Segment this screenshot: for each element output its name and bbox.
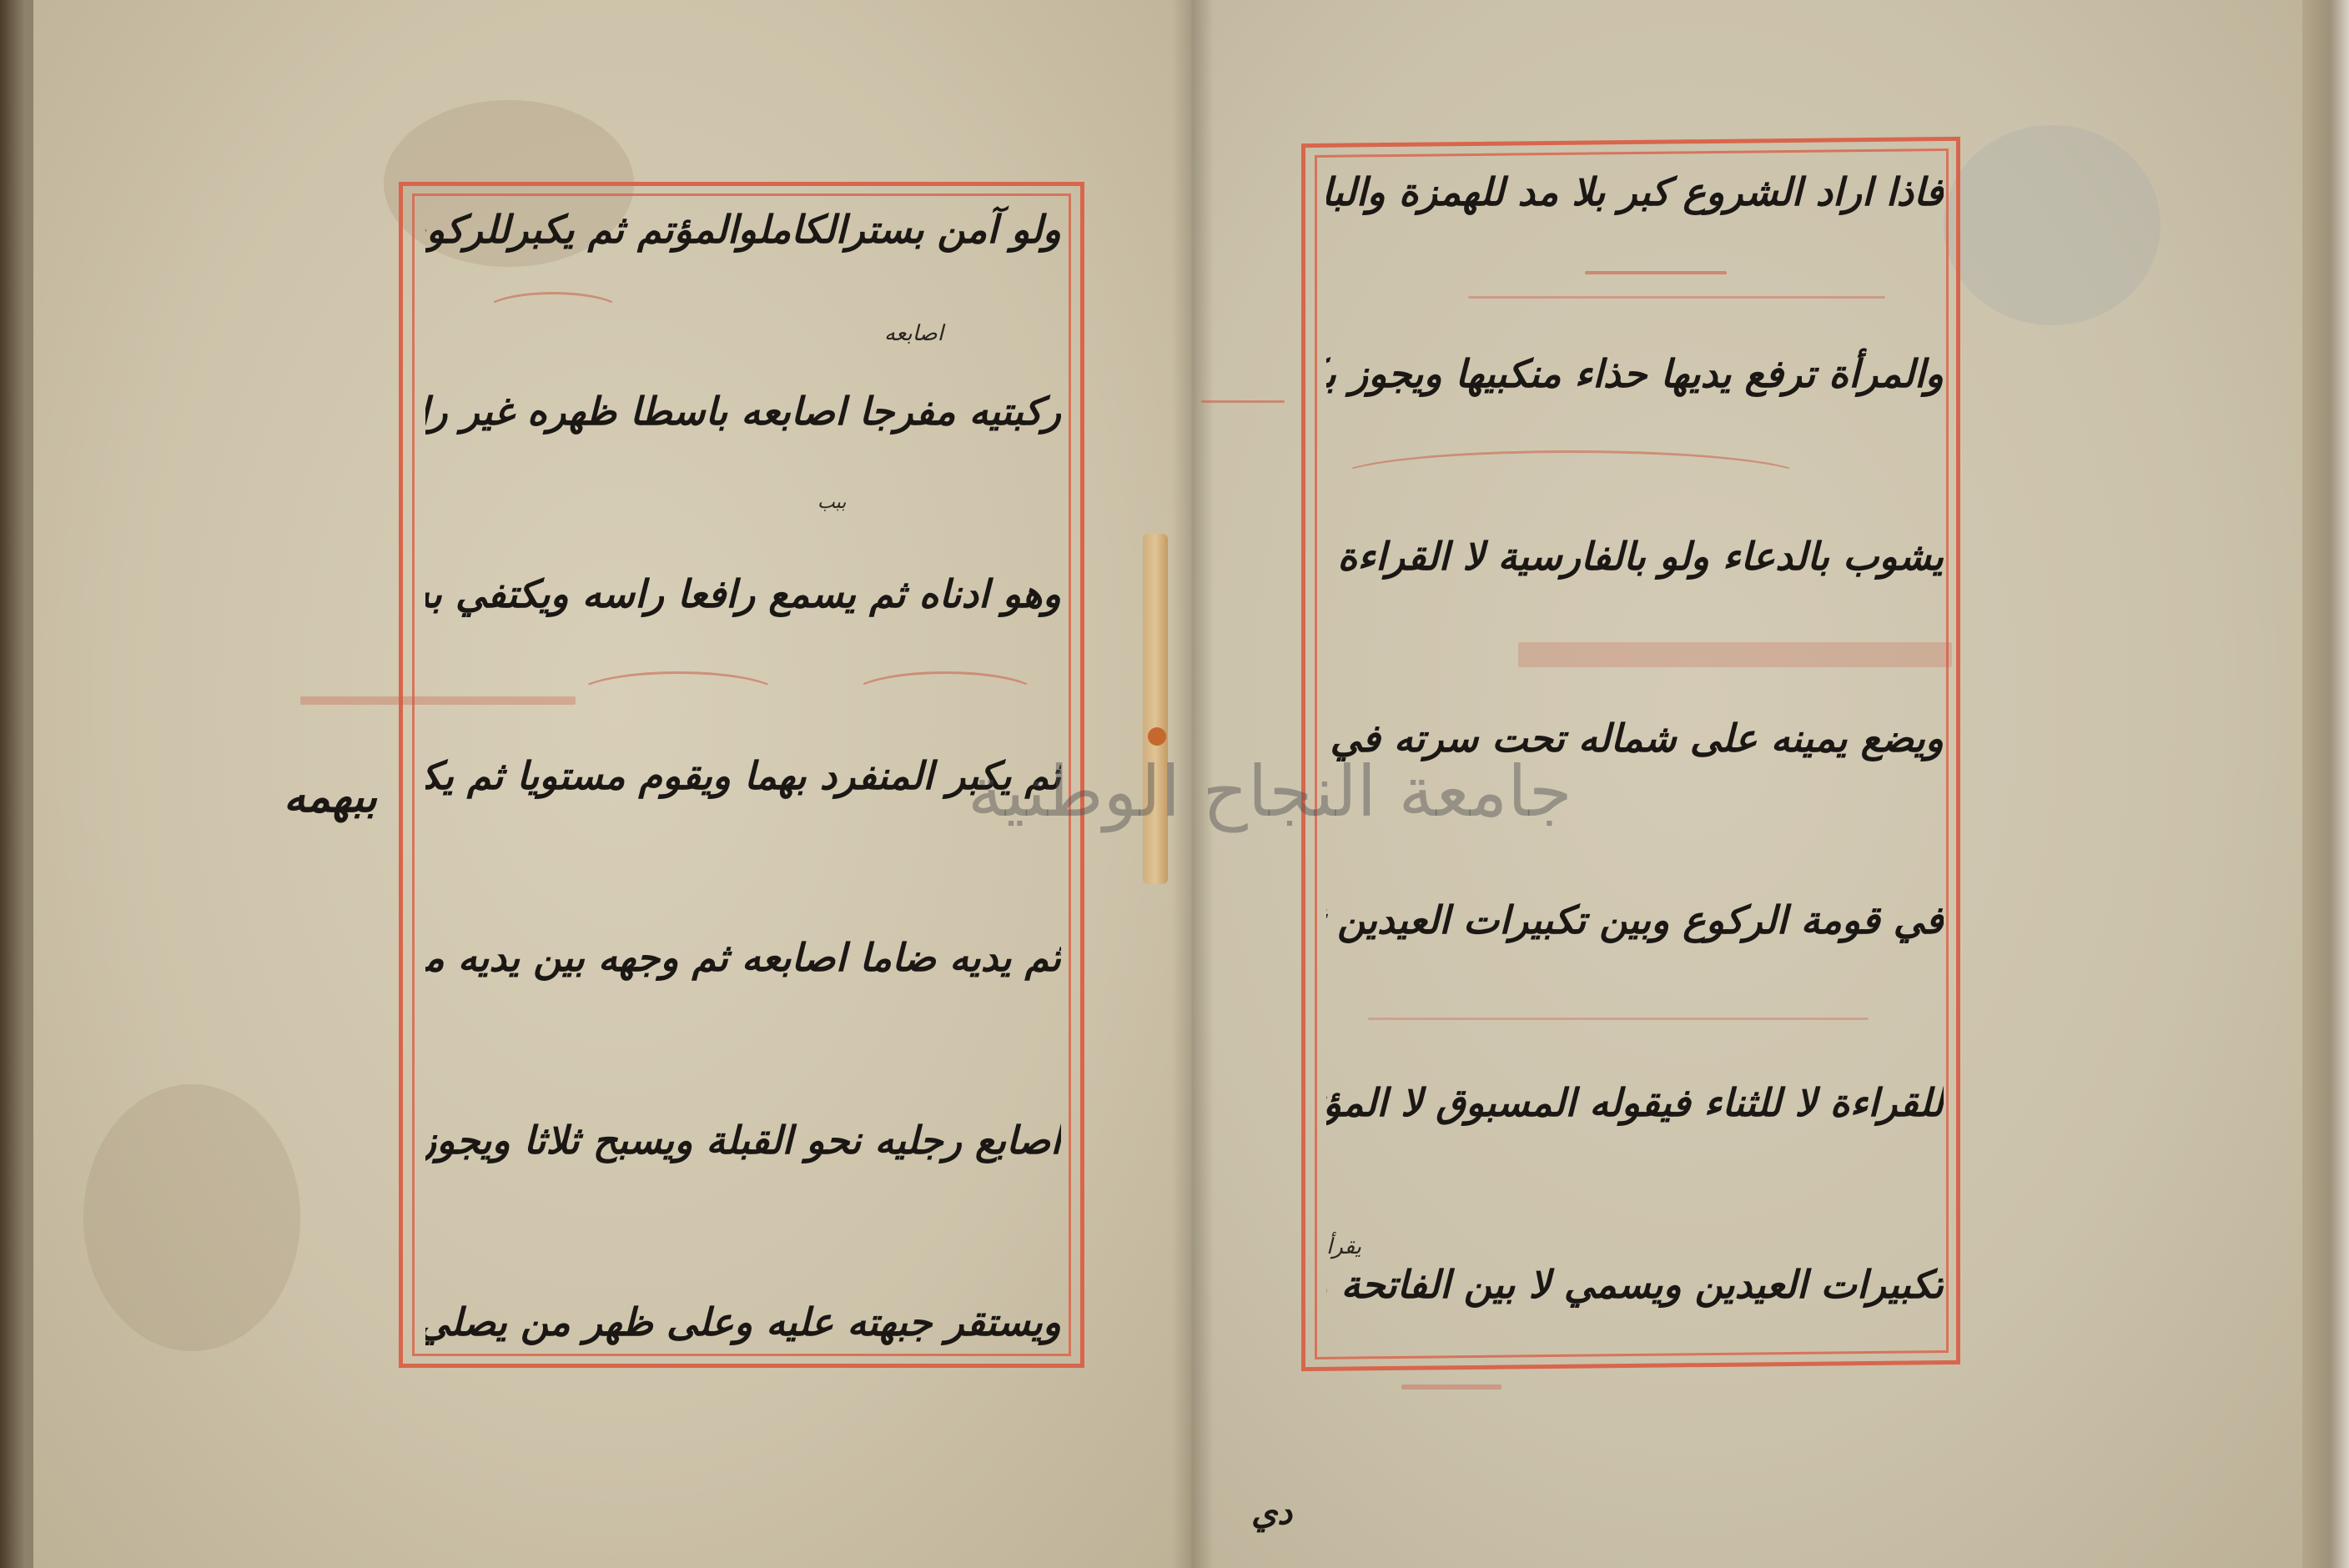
red-rule — [1585, 271, 1727, 274]
text-line: يشوب بالدعاء ولو بالفارسية لا القراءة به… — [1326, 527, 1944, 585]
interlinear-gloss: يقرأ — [1326, 1234, 1361, 1259]
bottom-margin-note: دي — [1251, 1493, 1292, 1532]
paper-stain — [1944, 125, 2160, 325]
margin-note: ببهمه — [284, 771, 377, 822]
interlinear-gloss: اصابعه — [884, 321, 943, 346]
red-rule — [1368, 1018, 1869, 1020]
text-line: ولو آمن بسترالكاملوالمؤتم ثم يكبرللركوع … — [425, 200, 1061, 259]
red-ink-flourish — [851, 671, 1039, 718]
manuscript-spread: ولو آمن بسترالكاملوالمؤتم ثم يكبرللركوع … — [0, 0, 2349, 1568]
watermark: جامعة النجاح الوطنية — [968, 751, 1572, 832]
text-line: تكبيرات العيدين ويسمي لا بين الفاتحة وال… — [1326, 1255, 1944, 1314]
paper-stain — [83, 1084, 300, 1351]
red-ink-smear — [1401, 1385, 1501, 1390]
text-line: والمرأة ترفع يديها حذاء منكبيها ويجوز بك… — [1326, 344, 1944, 403]
red-ink-smear — [300, 696, 576, 705]
text-line: فاذا اراد الشروع كبر بلا مد للهمزة والبا… — [1326, 163, 1944, 221]
text-line: ركبتيه مفرجا اصابعه باسطا ظهره غير رافع … — [425, 382, 1061, 440]
text-line: ثم يكبر المنفرد بهما ويقوم مستويا ثم يكب… — [425, 746, 1061, 805]
binding-knot — [1148, 727, 1166, 746]
interlinear-gloss: ببب — [817, 492, 846, 513]
text-line: ويستقر جبهته عليه وعلى ظهر من يصلي صلوته… — [425, 1293, 1061, 1351]
red-ink-flourish — [484, 292, 622, 330]
page-edges-right — [2302, 0, 2349, 1568]
left-page-text-block: ولو آمن بسترالكاملوالمؤتم ثم يكبرللركوع … — [425, 200, 1061, 1351]
text-line: اصابع رجليه نحو القبلة ويسبح ثلاثا ويجوز… — [425, 1111, 1061, 1169]
text-line: للقراءة لا للثناء فيقوله المسبوق لا المؤ… — [1326, 1073, 1944, 1132]
text-line: في قومة الركوع وبين تكبيرات العيدين ثم ي… — [1326, 891, 1944, 949]
red-ink-smear — [1518, 642, 1952, 667]
red-margin-mark — [1201, 400, 1285, 403]
red-ink-flourish — [1335, 450, 1807, 505]
red-ink-flourish — [576, 671, 781, 718]
red-rule — [1468, 296, 1885, 299]
book-cover-edge-left — [0, 0, 25, 1568]
text-line: وهو ادناه ثم يسمع رافعا راسه ويكتفي به ا… — [425, 565, 1061, 623]
text-line: ثم يديه ضاما اصابعه ثم وجهه بين يديه مجا… — [425, 928, 1061, 987]
right-page-text-block: فاذا اراد الشروع كبر بلا مد للهمزة والبا… — [1326, 163, 1944, 1314]
